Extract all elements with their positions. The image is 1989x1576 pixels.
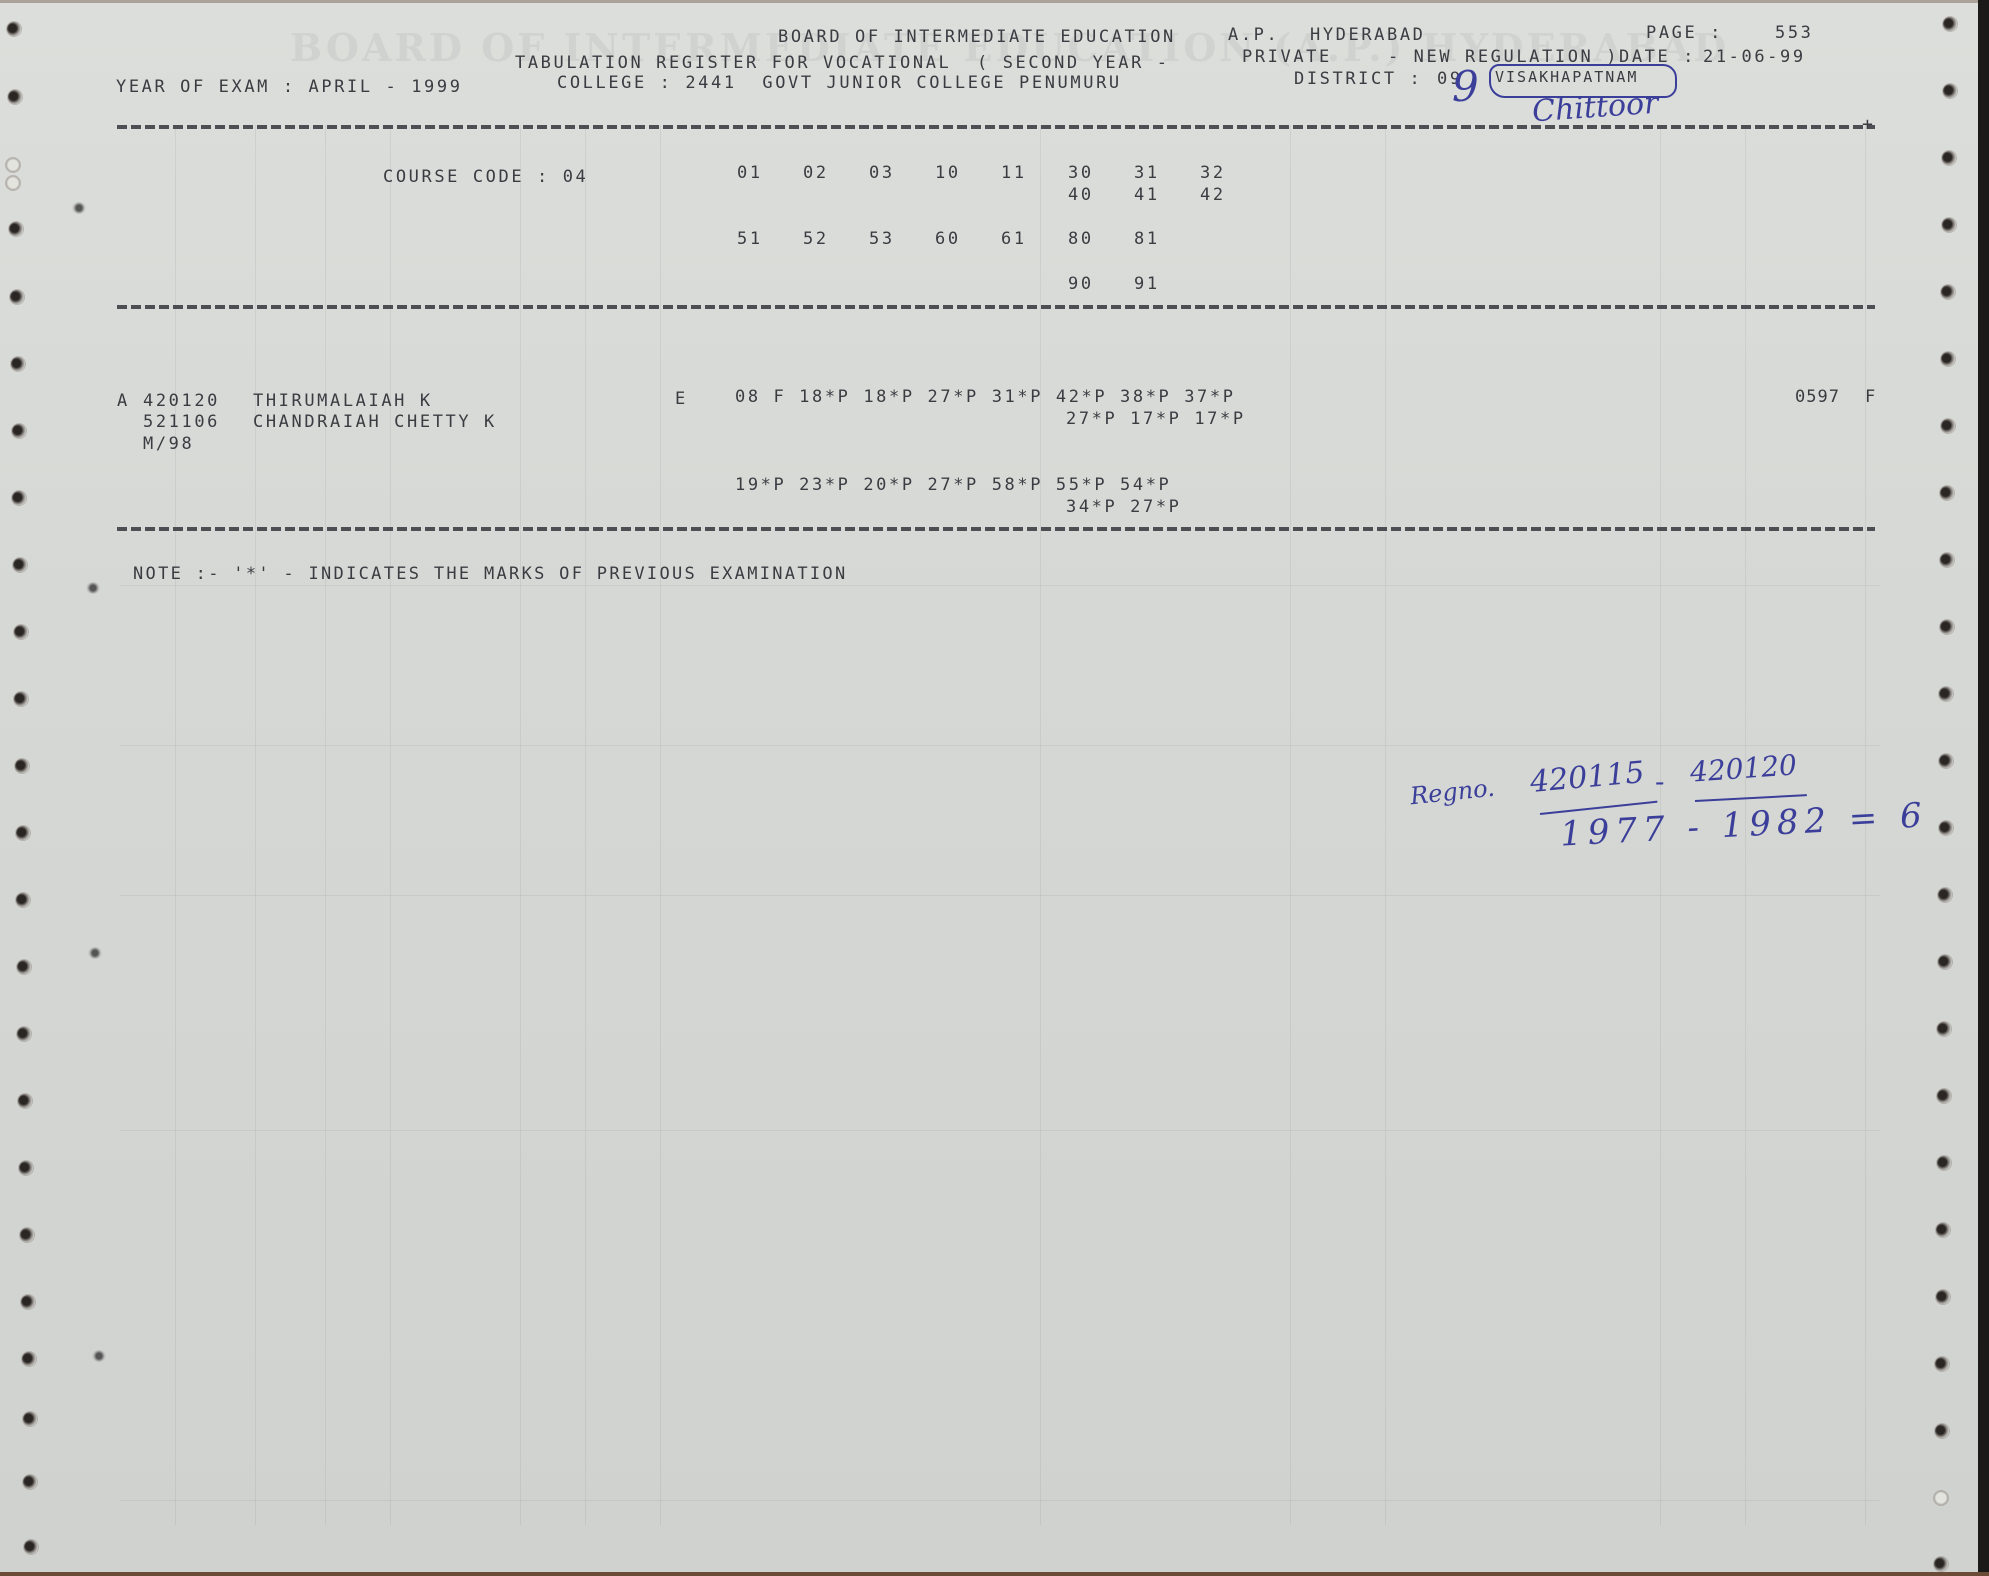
subject-code: 11 — [1001, 165, 1027, 182]
sprocket-hole — [11, 357, 25, 371]
sprocket-hole — [1943, 17, 1957, 31]
sprocket-hole — [13, 558, 27, 572]
sprocket-hole — [1938, 888, 1952, 902]
handwritten-district-name: Chittoor — [1531, 86, 1660, 130]
date-value: 21-06-99 — [1703, 49, 1806, 66]
hall-ticket-number: 420120 — [143, 393, 220, 410]
father-name: CHANDRAIAH CHETTY K — [253, 414, 497, 431]
sprocket-hole — [1937, 1022, 1951, 1036]
ruling-line — [585, 125, 586, 1525]
total-marks: 0597 — [1795, 389, 1840, 406]
sprocket-hole — [22, 1352, 36, 1366]
sprocket-hole — [23, 1412, 37, 1426]
sprocket-hole — [8, 90, 22, 104]
marks-row-1: 08 F 18*P 18*P 27*P 31*P 42*P 38*P 37*P — [735, 389, 1236, 406]
paper-mark — [86, 582, 100, 594]
paper-mark — [92, 1350, 106, 1362]
sprocket-hole — [12, 424, 26, 438]
sprocket-hole — [1940, 620, 1954, 634]
marks-row-2: 27*P 17*P 17*P — [1066, 411, 1246, 428]
sprocket-hole — [12, 491, 26, 505]
subject-code: 80 — [1068, 231, 1094, 248]
sprocket-hole — [1942, 218, 1956, 232]
paper-mark — [88, 947, 102, 959]
subject-code: 03 — [869, 165, 895, 182]
sprocket-hole — [1941, 352, 1955, 366]
marks-row-3: 19*P 23*P 20*P 27*P 58*P 55*P 54*P — [735, 477, 1171, 494]
subject-code: 01 — [737, 165, 763, 182]
sprocket-hole — [1941, 419, 1955, 433]
register-title: TABULATION REGISTER FOR VOCATIONAL ( SEC… — [515, 55, 1170, 72]
ruling-line — [175, 125, 176, 1525]
sprocket-hole — [1934, 1491, 1948, 1505]
subject-code: 31 — [1134, 165, 1160, 182]
sprocket-hole — [20, 1228, 34, 1242]
subject-code: 40 — [1068, 187, 1094, 204]
subject-code: 52 — [803, 231, 829, 248]
year-of-exam: YEAR OF EXAM : APRIL - 1999 — [116, 79, 463, 96]
ruling-line — [120, 745, 1880, 746]
paper-top-edge — [0, 0, 1978, 3]
sprocket-hole — [24, 1540, 38, 1554]
sprocket-hole — [1935, 1357, 1949, 1371]
handwritten-district-digit: 9 — [1452, 62, 1479, 111]
sprocket-hole — [14, 692, 28, 706]
handwritten-reg-end: 420120 — [1689, 748, 1798, 788]
subject-code: 42 — [1200, 187, 1226, 204]
dashed-rule — [117, 305, 1875, 309]
sprocket-hole — [23, 1475, 37, 1489]
candidate-category: PRIVATE — [1242, 49, 1332, 66]
ruling-line — [660, 125, 661, 1525]
ruling-line — [120, 585, 1880, 586]
sprocket-hole — [10, 290, 24, 304]
subject-code: 90 — [1068, 276, 1094, 293]
scan-background-edge — [0, 1572, 1989, 1576]
college-info: COLLEGE : 2441 GOVT JUNIOR COLLEGE PENUM… — [557, 75, 1122, 92]
sprocket-hole — [1937, 1156, 1951, 1170]
marks-row-4: 34*P 27*P — [1066, 499, 1182, 516]
sprocket-hole — [1942, 151, 1956, 165]
ruling-line — [520, 125, 521, 1525]
gender-year: M/98 — [143, 436, 194, 453]
sprocket-hole — [1936, 1290, 1950, 1304]
page-number: 553 — [1775, 25, 1814, 42]
sprocket-hole — [15, 759, 29, 773]
sprocket-hole — [1941, 285, 1955, 299]
dashed-rule — [117, 125, 1875, 129]
state-abbrev: A.P. — [1228, 27, 1279, 44]
sprocket-hole — [1936, 1223, 1950, 1237]
rule-end-mark: + — [1862, 116, 1875, 134]
candidate-name: THIRUMALAIAH K — [253, 393, 433, 410]
subject-code: 60 — [935, 231, 961, 248]
handwritten-reg-dash: - — [1655, 765, 1664, 798]
page-label: PAGE : — [1646, 25, 1723, 42]
sprocket-hole — [17, 1027, 31, 1041]
sprocket-hole — [1938, 955, 1952, 969]
district-label: DISTRICT : — [1294, 71, 1422, 88]
ruling-line — [120, 895, 1880, 896]
subject-code: 81 — [1134, 231, 1160, 248]
ruling-line — [1040, 125, 1041, 1525]
district-name: VISAKHAPATNAM — [1495, 70, 1638, 85]
sprocket-hole — [1943, 84, 1957, 98]
sprocket-hole — [1937, 1089, 1951, 1103]
footer-note: NOTE :- '*' - INDICATES THE MARKS OF PRE… — [133, 566, 848, 583]
sprocket-hole — [1939, 821, 1953, 835]
sprocket-hole — [1939, 687, 1953, 701]
board-name: BOARD OF INTERMEDIATE EDUCATION — [778, 29, 1176, 46]
dashed-rule — [117, 527, 1875, 531]
ruling-line — [1290, 125, 1291, 1525]
sprocket-hole — [9, 222, 23, 236]
document-sheet: BOARD OF INTERMEDIATE EDUCATION (A.P.) H… — [0, 0, 1978, 1572]
sprocket-hole — [7, 22, 21, 36]
subject-code: 10 — [935, 165, 961, 182]
scan-background-edge — [1978, 0, 1989, 1576]
sprocket-hole — [18, 1094, 32, 1108]
subject-code: 32 — [1200, 165, 1226, 182]
subject-code: 51 — [737, 231, 763, 248]
result: F — [1865, 389, 1878, 406]
sprocket-hole — [17, 960, 31, 974]
handwritten-underline — [1695, 794, 1807, 802]
sprocket-hole — [6, 158, 20, 172]
sprocket-hole — [16, 893, 30, 907]
sprocket-hole — [21, 1295, 35, 1309]
sprocket-hole — [1940, 553, 1954, 567]
ruling-line — [1385, 125, 1386, 1525]
sprocket-hole — [1935, 1424, 1949, 1438]
sprocket-hole — [14, 625, 28, 639]
handwritten-regno-label: Regno. — [1409, 774, 1496, 811]
sprocket-hole — [1940, 486, 1954, 500]
ruling-line — [255, 125, 256, 1525]
ruling-line — [120, 1500, 1880, 1501]
sprocket-hole — [1939, 754, 1953, 768]
sprocket-hole — [19, 1161, 33, 1175]
city-name: HYDERABAD — [1310, 27, 1426, 44]
subject-code: 53 — [869, 231, 895, 248]
father-code: 521106 — [143, 414, 220, 431]
subject-code: 02 — [803, 165, 829, 182]
course-code: COURSE CODE : 04 — [383, 169, 588, 186]
ruling-line — [325, 125, 326, 1525]
paper-mark — [72, 202, 86, 214]
subject-code: 61 — [1001, 231, 1027, 248]
handwritten-reg-start: 420115 — [1529, 755, 1646, 800]
ruling-line — [390, 125, 391, 1525]
sprocket-hole — [16, 826, 30, 840]
sprocket-hole — [1934, 1557, 1948, 1571]
candidate-category-code: A — [117, 393, 130, 410]
sprocket-hole — [6, 176, 20, 190]
subject-code: 91 — [1134, 276, 1160, 293]
subject-code: 30 — [1068, 165, 1094, 182]
subject-code: 41 — [1134, 187, 1160, 204]
medium: E — [675, 391, 688, 408]
ruling-line — [120, 1130, 1880, 1131]
